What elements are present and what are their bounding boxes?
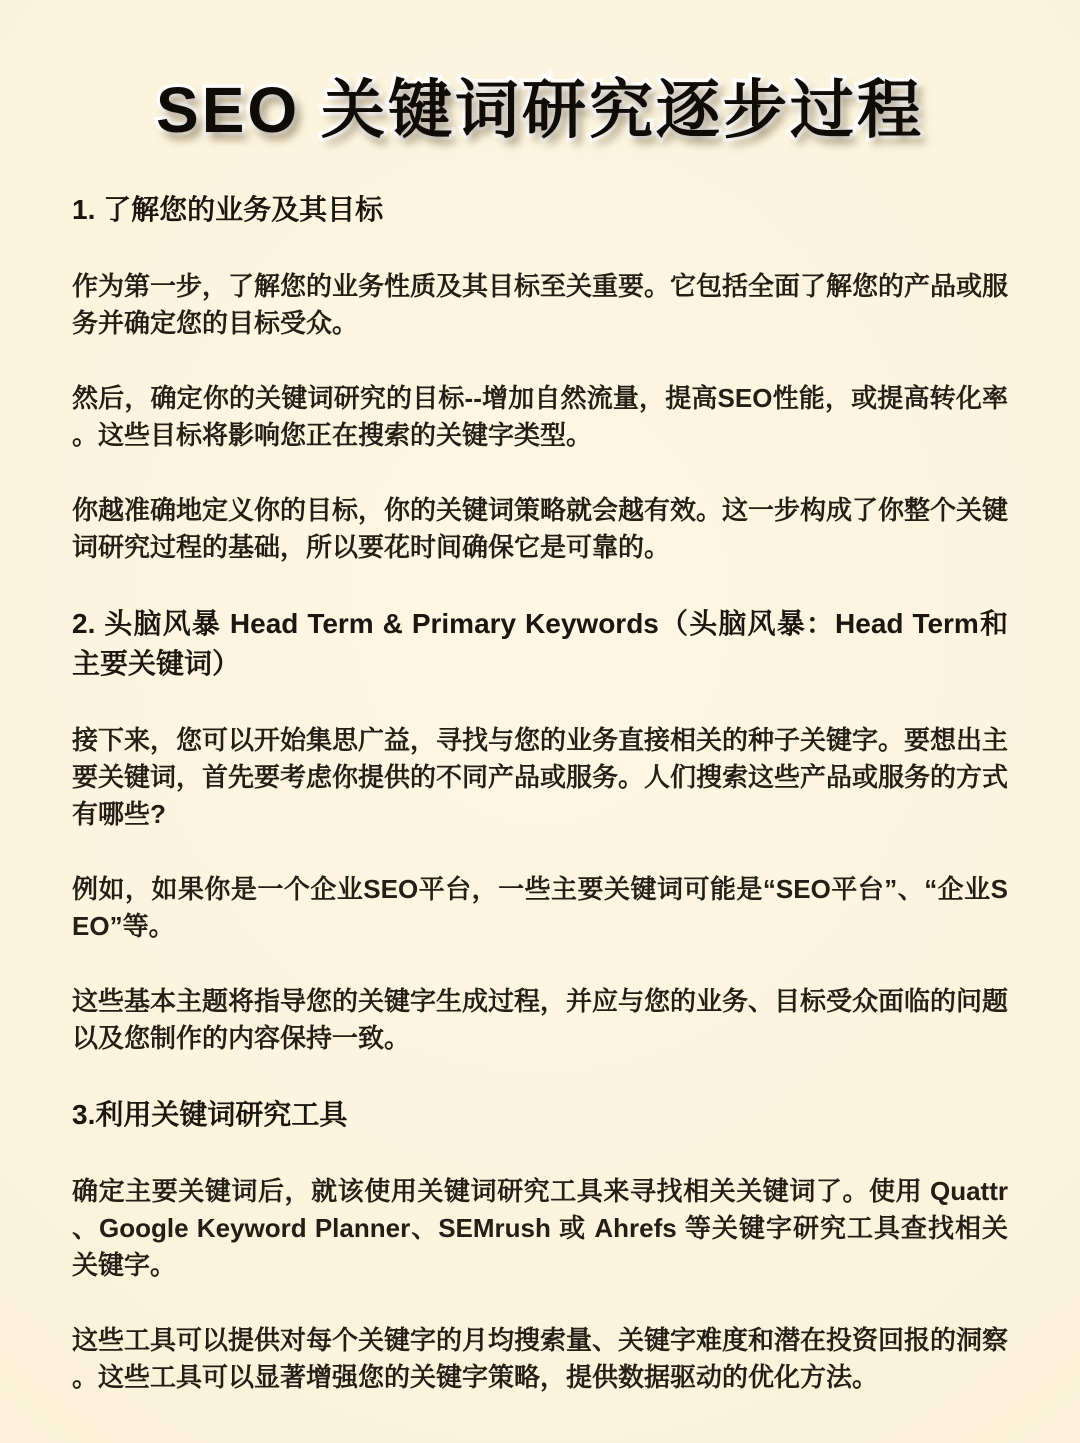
section-heading: 2. 头脑风暴 Head Term & Primary Keywords（头脑风… (72, 604, 1008, 684)
infographic-page: SEO 关键词研究逐步过程 1. 了解您的业务及其目标 作为第一步，了解您的业务… (0, 0, 1080, 1443)
paragraph: 这些工具可以提供对每个关键字的月均搜索量、关键字难度和潜在投资回报的洞察。这些工… (72, 1322, 1008, 1396)
paragraph: 这些基本主题将指导您的关键字生成过程，并应与您的业务、目标受众面临的问题以及您制… (72, 983, 1008, 1057)
section-brainstorm-keywords: 2. 头脑风暴 Head Term & Primary Keywords（头脑风… (72, 604, 1008, 1057)
paragraph: 接下来，您可以开始集思广益，寻找与您的业务直接相关的种子关键字。要想出主要关键词… (72, 722, 1008, 833)
paragraph: 确定主要关键词后，就该使用关键词研究工具来寻找相关关键词了。使用 Quattr、… (72, 1173, 1008, 1284)
section-keyword-tools: 3.利用关键词研究工具 确定主要关键词后，就该使用关键词研究工具来寻找相关关键词… (72, 1095, 1008, 1396)
section-understand-business: 1. 了解您的业务及其目标 作为第一步，了解您的业务性质及其目标至关重要。它包括… (72, 190, 1008, 566)
page-title: SEO 关键词研究逐步过程 (72, 68, 1008, 152)
paragraph: 作为第一步，了解您的业务性质及其目标至关重要。它包括全面了解您的产品或服务并确定… (72, 268, 1008, 342)
paragraph: 例如，如果你是一个企业SEO平台，一些主要关键词可能是“SEO平台”、“企业SE… (72, 871, 1008, 945)
section-heading: 1. 了解您的业务及其目标 (72, 190, 1008, 230)
paragraph: 你越准确地定义你的目标，你的关键词策略就会越有效。这一步构成了你整个关键词研究过… (72, 492, 1008, 566)
paragraph: 然后，确定你的关键词研究的目标--增加自然流量，提高SEO性能，或提高转化率。这… (72, 380, 1008, 454)
section-heading: 3.利用关键词研究工具 (72, 1095, 1008, 1135)
